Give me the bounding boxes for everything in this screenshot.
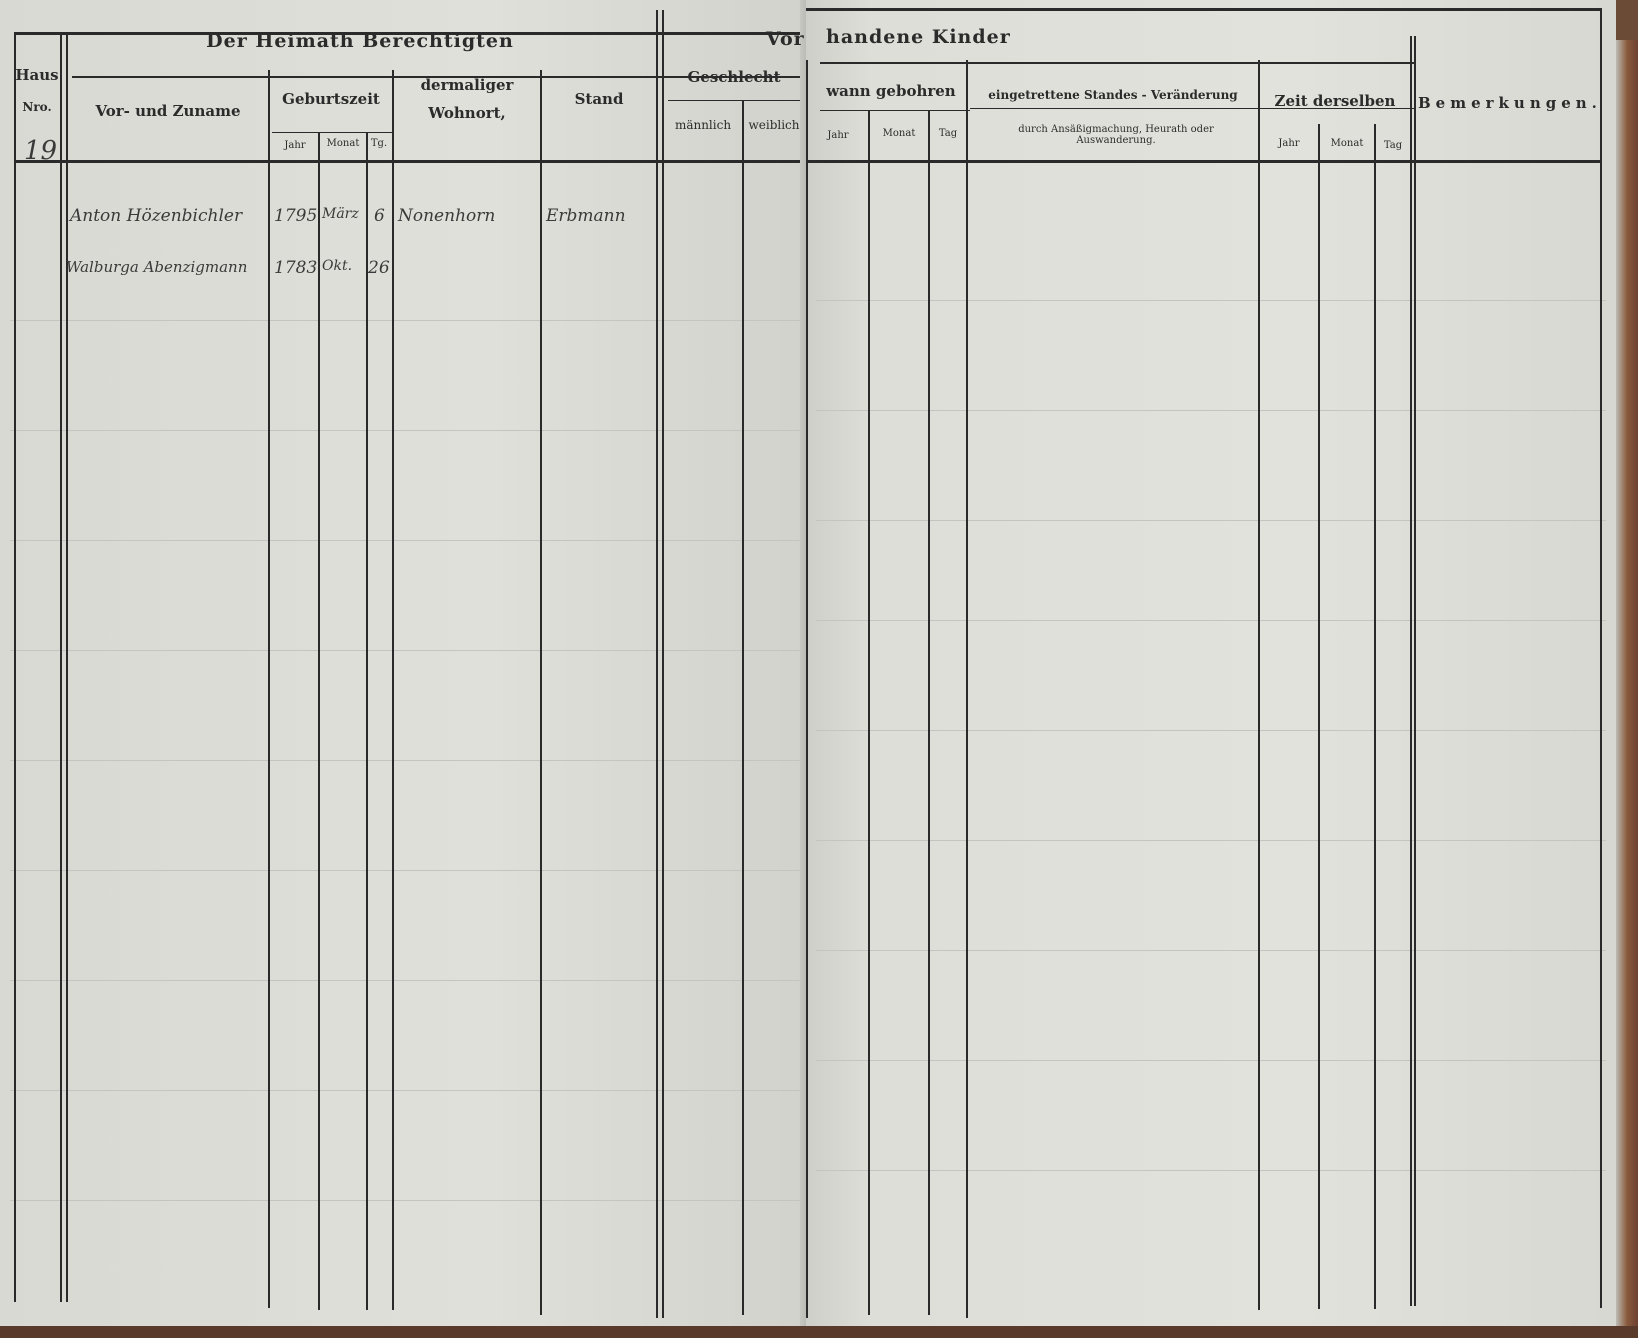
nro-header: Nro. [14,100,60,114]
stand-header: Stand [542,90,656,108]
wann-gebohren-header: wann gebohren [816,82,966,100]
geschlecht-divider [668,100,800,101]
entry-1-wohnort: Nonenhorn [398,206,495,226]
geburtszeit-tag: Tg. [366,138,392,149]
geburtszeit-divider [272,132,392,133]
geschlecht-maennlich: männlich [664,118,742,132]
zeit-tag: Tag [1376,140,1410,151]
entry-1-year: 1795 [274,206,317,226]
right-page: Vor handene Kinder wann gebohren Jahr Mo… [806,0,1616,1338]
entry-1-day: 6 [374,206,385,226]
entry-2-month: Okt. [322,258,352,274]
entry-2-day: 26 [368,258,390,278]
right-title-fragment: Vor [766,28,826,50]
left-page: Der Heimath Berechtigten Haus Nro. 19 Vo… [0,0,812,1338]
zeit-jahr: Jahr [1260,138,1318,149]
gebohren-jahr: Jahr [808,130,868,141]
geburtszeit-header: Geburtszeit [270,90,392,108]
bemerkungen-header: Bemerkungen. [1418,94,1600,112]
wohnort-header-line2: Wohnort, [394,104,540,122]
entry-1-stand: Erbmann [546,206,626,226]
haus-header: Haus [14,66,60,84]
name-header: Vor- und Zuname [68,102,268,120]
book-cover-bottom [0,1326,1638,1338]
geschlecht-weiblich: weiblich [744,118,804,132]
page-edges [1616,40,1638,1338]
right-header-divider [820,62,1414,64]
entry-2-name: Walburga Abenzigmann [66,258,247,276]
standes-veraenderung-header: eingetrettene Standes - Veränderung [968,88,1258,102]
geburtszeit-jahr: Jahr [272,140,318,151]
entry-2-year: 1783 [274,258,317,278]
right-page-title: handene Kinder [826,26,1026,48]
wohnort-header-line1: dermaliger [394,76,540,94]
left-page-title: Der Heimath Berechtigten [200,30,520,52]
house-number: 19 [24,136,57,166]
geschlecht-header: Geschlecht [664,68,804,86]
right-header-bottom-border [806,160,1600,163]
zeit-monat: Monat [1320,138,1374,149]
right-header-top-border [806,8,1600,11]
zeit-derselben-header: Zeit derselben [1260,92,1410,110]
header-bottom-border [14,160,800,163]
entry-1-name: Anton Hözenbichler [70,206,242,226]
entry-1-month: März [322,206,359,222]
gebohren-tag: Tag [930,128,966,139]
geburtszeit-monat: Monat [320,138,366,149]
standes-veraenderung-sub: durch Ansäßigmachung, Heurath oder Auswa… [1006,124,1226,146]
gebohren-monat: Monat [870,128,928,139]
